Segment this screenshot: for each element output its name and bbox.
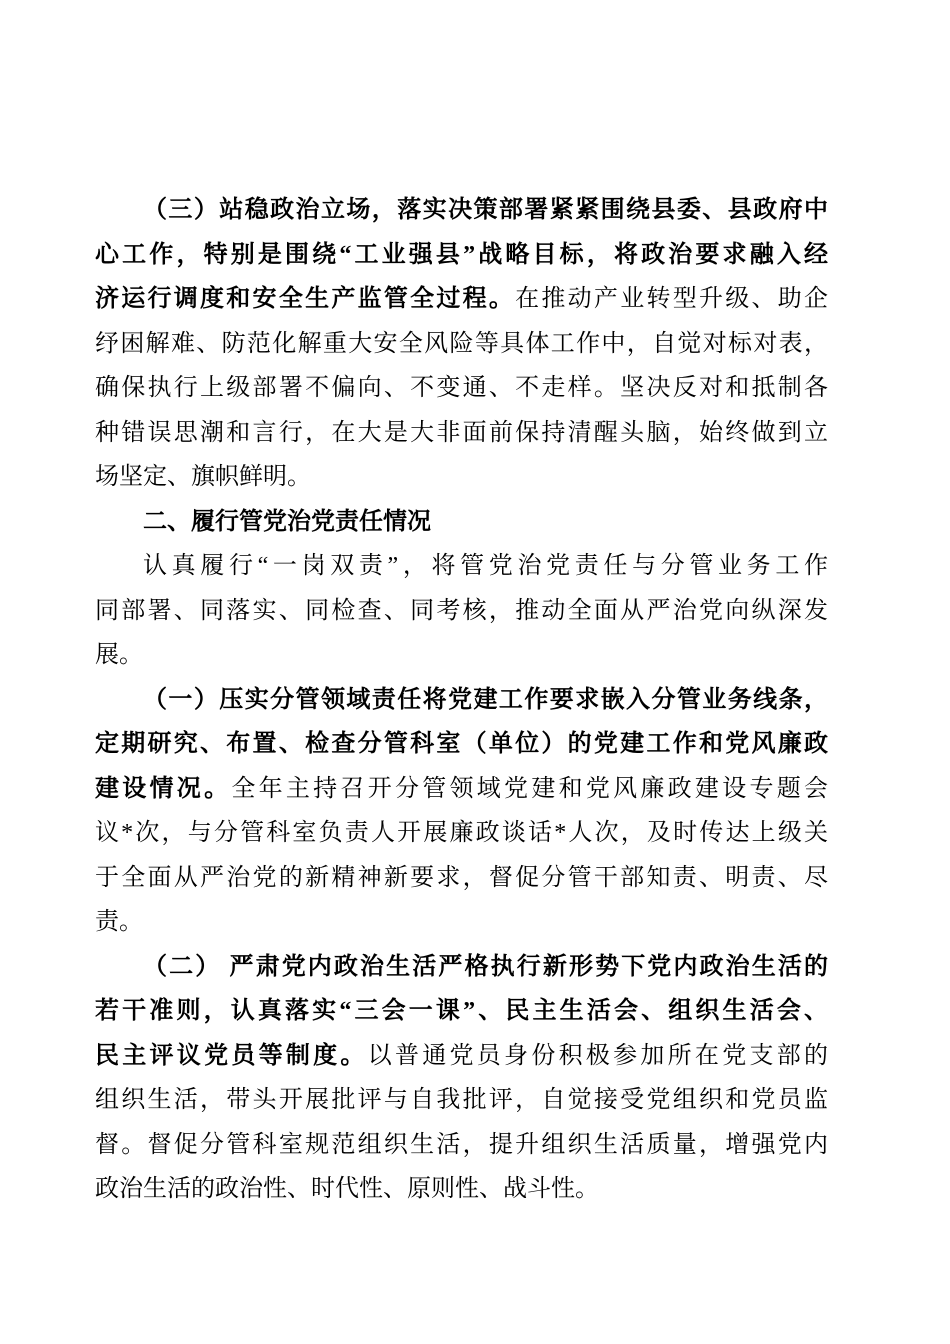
text-run: 议*次，与分管科室负责人开展廉政谈话*人次，及时传达上级关 [95, 820, 828, 846]
text-run: 以普通党员身份积极参加所在党支部的 [368, 1043, 828, 1069]
text-line: 确保执行上级部署不偏向、不变通、不走样。坚决反对和抵制各 [95, 366, 828, 411]
text-line: 于全面从严治党的新精神新要求，督促分管干部知责、明责、尽 [95, 856, 828, 901]
text-run: 纾困解难、防范化解重大安全风险等具体工作中，自觉对标对表， [95, 331, 828, 357]
text-run: 责。 [95, 909, 143, 935]
bold-text-run: 定期研究、布置、检查分管科室（单位）的党建工作和党风廉政 [95, 731, 828, 757]
text-run: 展。 [95, 642, 143, 668]
text-run: 于全面从严治党的新精神新要求，督促分管干部知责、明责、尽 [95, 865, 828, 891]
text-line: 同部署、同落实、同检查、同考核，推动全面从严治党向纵深发 [95, 589, 828, 634]
text-line: 展。 [95, 633, 828, 678]
text-line: 建设情况。全年主持召开分管领域党建和党风廉政建设专题会 [95, 767, 828, 812]
text-line: 若干准则，认真落实“三会一课”、民主生活会、组织生活会、 [95, 989, 828, 1034]
section-heading: 二、履行管党治党责任情况 [95, 500, 828, 545]
text-line: 责。 [95, 900, 828, 945]
text-line: （一）压实分管领域责任将党建工作要求嵌入分管业务线条， [95, 678, 828, 723]
text-run: 确保执行上级部署不偏向、不变通、不走样。坚决反对和抵制各 [95, 375, 828, 401]
text-run: 场坚定、旗帜鲜明。 [95, 464, 311, 490]
text-line: 定期研究、布置、检查分管科室（单位）的党建工作和党风廉政 [95, 722, 828, 767]
text-run: 在推动产业转型升级、助企 [515, 286, 828, 312]
bold-text-run: 若干准则，认真落实“三会一课”、民主生活会、组织生活会、 [95, 998, 828, 1024]
text-line: 组织生活，带头开展批评与自我批评，自觉接受党组织和党员监 [95, 1078, 828, 1123]
bold-text-run: （一）压实分管领域责任将党建工作要求嵌入分管业务线条， [143, 687, 828, 713]
bold-text-run: 二、履行管党治党责任情况 [143, 509, 431, 535]
text-line: 心工作，特别是围绕“工业强县”战略目标，将政治要求融入经 [95, 233, 828, 278]
text-run: 督。督促分管科室规范组织生活，提升组织生活质量，增强党内 [95, 1132, 828, 1158]
text-run: 同部署、同落实、同检查、同考核，推动全面从严治党向纵深发 [95, 598, 828, 624]
bold-text-run: 济运行调度和安全生产监管全过程。 [95, 286, 515, 312]
bold-text-run: 建设情况。 [95, 776, 231, 802]
text-line: 济运行调度和安全生产监管全过程。在推动产业转型升级、助企 [95, 277, 828, 322]
text-run: 政治生活的政治性、时代性、原则性、战斗性。 [95, 1176, 599, 1202]
text-run: 组织生活，带头开展批评与自我批评，自觉接受党组织和党员监 [95, 1087, 828, 1113]
text-line: 认真履行“一岗双责”，将管党治党责任与分管业务工作 [95, 544, 828, 589]
document-page: （三）站稳政治立场，落实决策部署紧紧围绕县委、县政府中 心工作，特别是围绕“工业… [0, 0, 950, 1344]
text-line: 种错误思潮和言行，在大是大非面前保持清醒头脑，始终做到立 [95, 411, 828, 456]
bold-text-run: （三）站稳政治立场，落实决策部署紧紧围绕县委、县政府中 [143, 197, 828, 223]
text-line: 纾困解难、防范化解重大安全风险等具体工作中，自觉对标对表， [95, 322, 828, 367]
text-run: 认真履行“一岗双责”，将管党治党责任与分管业务工作 [143, 553, 828, 579]
text-line: 议*次，与分管科室负责人开展廉政谈话*人次，及时传达上级关 [95, 811, 828, 856]
text-line: 场坚定、旗帜鲜明。 [95, 455, 828, 500]
bold-text-run: （二） 严肃党内政治生活严格执行新形势下党内政治生活的 [143, 954, 828, 980]
text-line: 政治生活的政治性、时代性、原则性、战斗性。 [95, 1167, 828, 1212]
text-line: （二） 严肃党内政治生活严格执行新形势下党内政治生活的 [95, 945, 828, 990]
text-line: 民主评议党员等制度。以普通党员身份积极参加所在党支部的 [95, 1034, 828, 1079]
bold-text-run: 民主评议党员等制度。 [95, 1043, 368, 1069]
text-line: 督。督促分管科室规范组织生活，提升组织生活质量，增强党内 [95, 1123, 828, 1168]
text-run: 种错误思潮和言行，在大是大非面前保持清醒头脑，始终做到立 [95, 420, 828, 446]
document-body: （三）站稳政治立场，落实决策部署紧紧围绕县委、县政府中 心工作，特别是围绕“工业… [95, 188, 828, 1212]
text-run: 全年主持召开分管领域党建和党风廉政建设专题会 [231, 776, 828, 802]
bold-text-run: 心工作，特别是围绕“工业强县”战略目标，将政治要求融入经 [95, 242, 828, 268]
text-line: （三）站稳政治立场，落实决策部署紧紧围绕县委、县政府中 [95, 188, 828, 233]
